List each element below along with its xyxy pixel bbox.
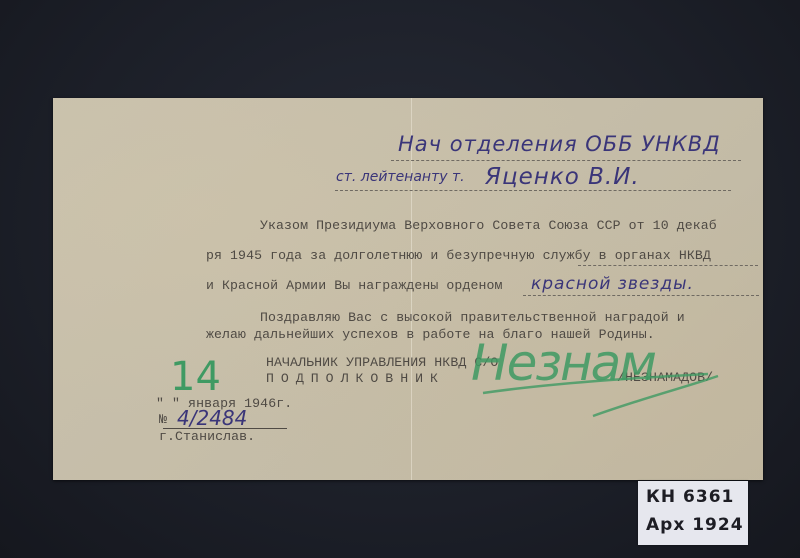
document-number: 4/2484 [177, 406, 247, 430]
archive-label: КН 6361 Арх 1924 [638, 481, 748, 545]
number-prefix: № [159, 412, 167, 427]
city: г.Станислав. [159, 429, 255, 444]
award-notice-document: Нач отделения ОББ УНКВД ст. лейтенанту т… [53, 98, 763, 480]
date-day: 14 [170, 354, 221, 400]
archive-label-line-1: КН 6361 [646, 487, 734, 507]
archive-label-line-2: Арх 1924 [646, 515, 744, 535]
